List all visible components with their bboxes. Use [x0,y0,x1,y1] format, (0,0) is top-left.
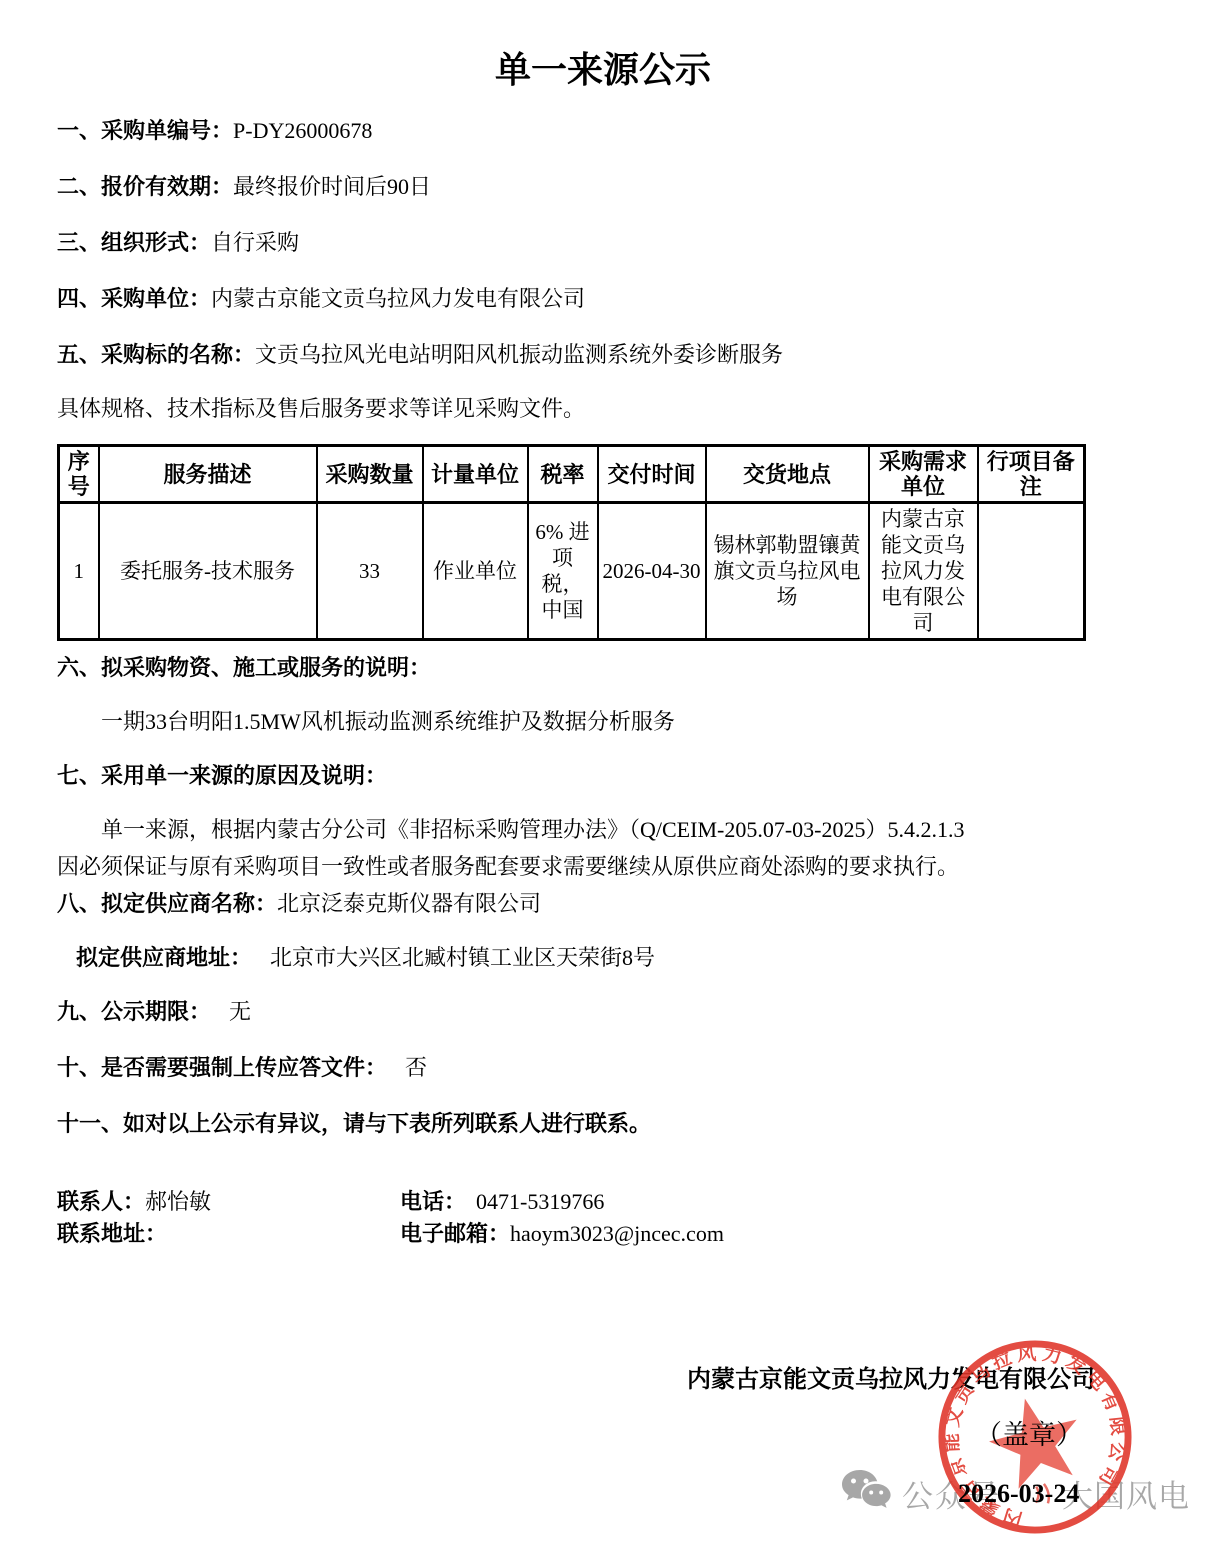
contact-phone: 0471-5319766 [476,1189,604,1214]
cell-delivery-place: 锡林郭勒盟镶黄旗文贡乌拉风电场 [706,503,869,640]
cell-seq: 1 [59,503,99,640]
document-page: 单一来源公示 一、采购单编号：P-DY26000678 二、报价有效期：最终报价… [0,0,1207,1544]
col-header-service-desc: 服务描述 [99,446,317,503]
contact-row-2: 联系地址： 电子邮箱：haoym3023@jncec.com [57,1221,1149,1247]
section11-heading: 十一、如对以上公示有异议，请与下表所列联系人进行联系。 [57,1111,1149,1137]
item-supplier-address: 拟定供应商地址：北京市大兴区北臧村镇工业区天荣街8号 [57,945,1149,971]
item-purchase-order-no: 一、采购单编号：P-DY26000678 [57,118,1149,144]
contact-person: 郝怡敏 [145,1189,211,1214]
contact-row-1: 联系人：郝怡敏 电话：0471-5319766 [57,1189,1149,1215]
section7-paragraph: 单一来源，根据内蒙古分公司《非招标采购管理办法》（Q/CEIM-205.07-0… [57,811,1149,885]
item-label: 四、采购单位： [57,286,211,311]
item-quote-validity: 二、报价有效期：最终报价时间后90日 [57,174,1149,200]
contact-email-label: 电子邮箱： [400,1221,510,1246]
item-label: 三、组织形式： [57,230,211,255]
wechat-icon [840,1468,898,1516]
item-value: 文贡乌拉风光电站明阳风机振动监测系统外委诊断服务 [255,342,783,367]
item-label: 九、公示期限： [57,999,211,1024]
item-value: 否 [405,1055,427,1080]
spec-note: 具体规格、技术指标及售后服务要求等详见采购文件。 [57,396,1149,422]
item-value: P-DY26000678 [233,118,372,143]
document-content: 单一来源公示 一、采购单编号：P-DY26000678 二、报价有效期：最终报价… [57,0,1149,1247]
item-purchaser: 四、采购单位：内蒙古京能文贡乌拉风力发电有限公司 [57,286,1149,312]
contact-address-label: 联系地址： [57,1221,167,1246]
item-value: 自行采购 [211,230,299,255]
cell-demand-unit: 内蒙古京能文贡乌拉风力发电有限公司 [869,503,978,640]
item-label: 八、拟定供应商名称： [57,891,277,916]
col-header-line-remark: 行项目备注 [978,446,1085,503]
contact-email-group: 电子邮箱：haoym3023@jncec.com [400,1221,724,1247]
item-value: 无 [229,999,251,1024]
item-supplier-name: 八、拟定供应商名称：北京泛泰克斯仪器有限公司 [57,891,1149,917]
procurement-table: 序号 服务描述 采购数量 计量单位 税率 交付时间 交货地点 采购需求单位 行项… [57,444,1086,641]
item-label: 拟定供应商地址： [76,945,252,970]
item-organization-form: 三、组织形式：自行采购 [57,230,1149,256]
page-title: 单一来源公示 [57,52,1149,88]
seal-note: （盖章） [975,1420,1083,1450]
section6-body: 一期33台明阳1.5MW风机振动监测系统维护及数据分析服务 [57,709,1149,735]
cell-service-desc: 委托服务-技术服务 [99,503,317,640]
section6-heading: 六、拟采购物资、施工或服务的说明： [57,655,1149,681]
stamp-date: 2026-03-24 [958,1480,1079,1508]
col-header-delivery-place: 交货地点 [706,446,869,503]
col-header-unit: 计量单位 [423,446,528,503]
contact-phone-label: 电话： [400,1189,466,1214]
contact-block: 联系人：郝怡敏 电话：0471-5319766 联系地址： 电子邮箱：haoym… [57,1189,1149,1247]
col-header-demand-unit: 采购需求单位 [869,446,978,503]
item-value: 北京市大兴区北臧村镇工业区天荣街8号 [270,945,655,970]
item-subject-name: 五、采购标的名称：文贡乌拉风光电站明阳风机振动监测系统外委诊断服务 [57,342,1149,368]
col-header-seq: 序号 [59,446,99,503]
table-header-row: 序号 服务描述 采购数量 计量单位 税率 交付时间 交货地点 采购需求单位 行项… [59,446,1085,503]
item-label: 一、采购单编号： [57,118,233,143]
item-publicity-period: 九、公示期限：无 [57,999,1149,1025]
item-label: 十、是否需要强制上传应答文件： [57,1055,387,1080]
col-header-delivery-time: 交付时间 [598,446,706,503]
section7-heading: 七、采用单一来源的原因及说明： [57,763,1149,789]
item-mandatory-upload: 十、是否需要强制上传应答文件：否 [57,1055,1149,1081]
section7-line2: 因必须保证与原有采购项目一致性或者服务配套要求需要继续从原供应商处添购的要求执行… [57,848,1149,885]
table-row: 1 委托服务-技术服务 33 作业单位 6% 进项税，中国 2026-04-30… [59,503,1085,640]
cell-unit: 作业单位 [423,503,528,640]
item-value: 内蒙古京能文贡乌拉风力发电有限公司 [211,286,585,311]
contact-person-label: 联系人： [57,1189,145,1214]
contact-email: haoym3023@jncec.com [510,1221,724,1246]
col-header-quantity: 采购数量 [317,446,423,503]
item-label: 五、采购标的名称： [57,342,255,367]
item-value: 最终报价时间后90日 [233,174,431,199]
cell-quantity: 33 [317,503,423,640]
cell-line-remark [978,503,1085,640]
item-label: 二、报价有效期： [57,174,233,199]
cell-delivery-time: 2026-04-30 [598,503,706,640]
cell-tax-rate: 6% 进项税，中国 [528,503,598,640]
section7-line1: 单一来源，根据内蒙古分公司《非招标采购管理办法》（Q/CEIM-205.07-0… [57,811,1149,848]
contact-phone-group: 电话：0471-5319766 [400,1189,604,1215]
col-header-tax-rate: 税率 [528,446,598,503]
item-value: 北京泛泰克斯仪器有限公司 [277,891,541,916]
